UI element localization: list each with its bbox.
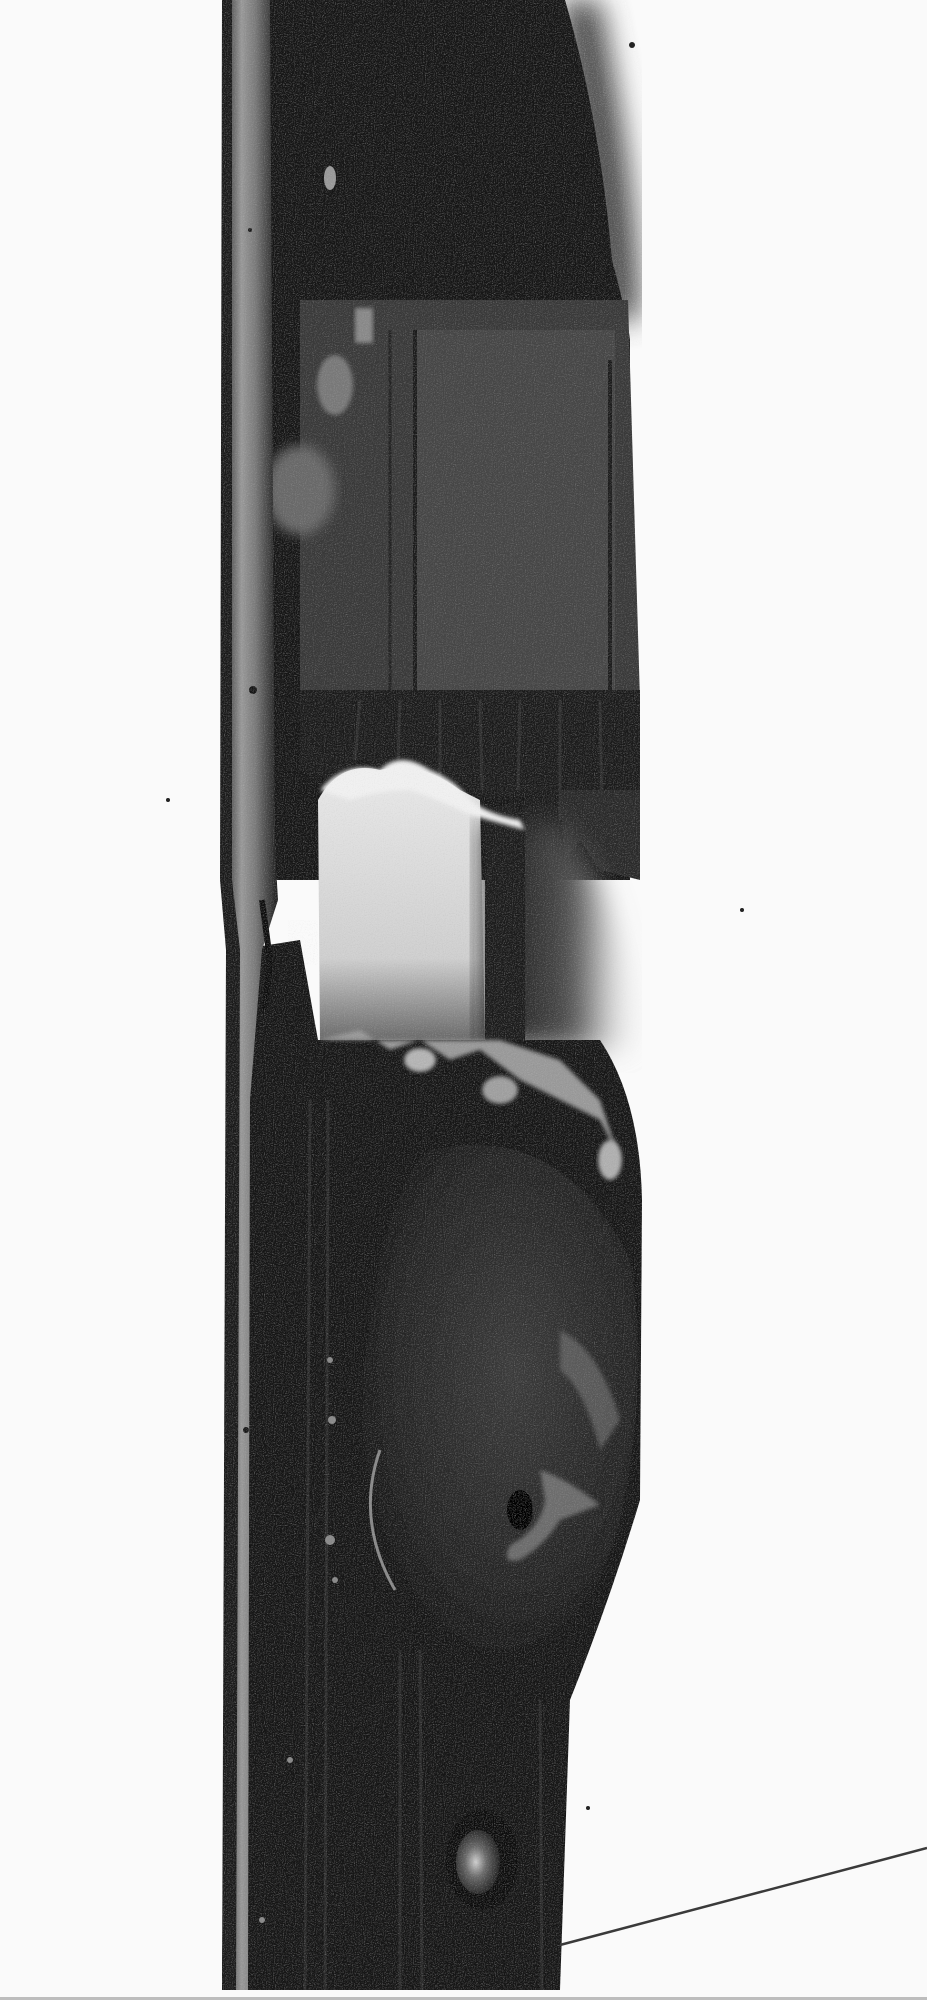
- photograph: [0, 0, 927, 2000]
